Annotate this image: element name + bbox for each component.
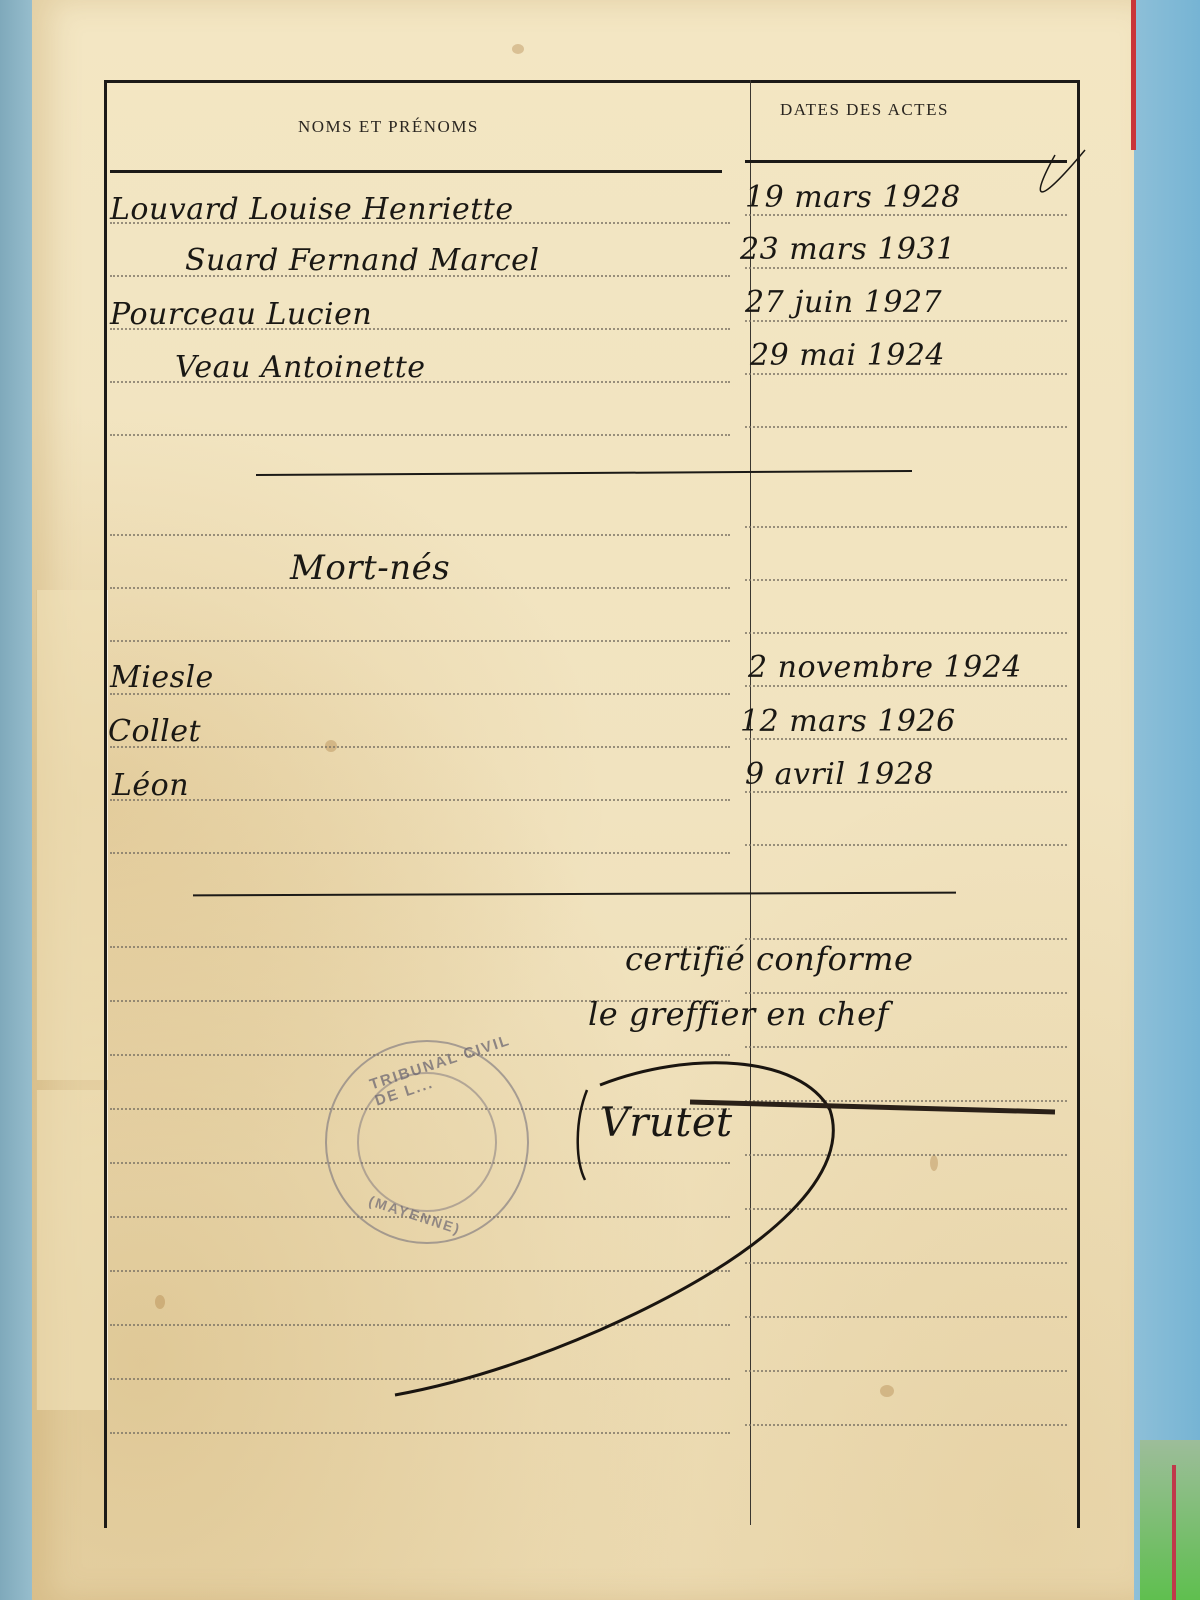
signature-flourish	[0, 0, 1200, 1600]
